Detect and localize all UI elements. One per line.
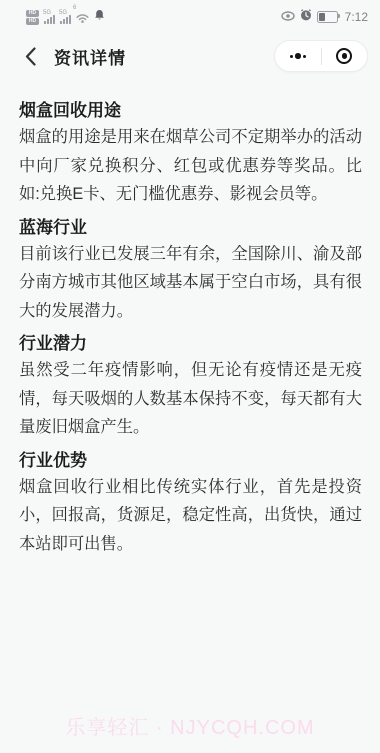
- article-section: 蓝海行业 目前该行业已发展三年有余，全国除川、渝及部分南方城市其他区域基本属于空…: [19, 217, 362, 326]
- nav-bar: 资讯详情: [0, 30, 380, 82]
- signal-5g-icon-sim2: 5G: [60, 11, 71, 24]
- section-body: 烟盒的用途是用来在烟草公司不定期举办的活动中向厂家兑换积分、红包或优惠券等奖品。…: [19, 123, 362, 209]
- clock-time: 7:12: [345, 10, 368, 24]
- miniprogram-capsule: [274, 40, 368, 72]
- section-heading: 蓝海行业: [19, 217, 362, 239]
- alarm-clock-icon: [300, 8, 312, 26]
- wifi-icon: 6: [76, 7, 89, 28]
- article-section: 烟盒回收用途 烟盒的用途是用来在烟草公司不定期举办的活动中向厂家兑换积分、红包或…: [19, 100, 362, 209]
- more-button[interactable]: [275, 41, 321, 71]
- section-body: 烟盒回收行业相比传统实体行业，首先是投资小，回报高，货源足，稳定性高，出货快，通…: [19, 473, 362, 559]
- article-section: 行业优势 烟盒回收行业相比传统实体行业，首先是投资小，回报高，货源足，稳定性高，…: [19, 450, 362, 559]
- more-dots-icon: [290, 53, 307, 59]
- page-title: 资讯详情: [54, 44, 126, 69]
- section-body: 目前该行业已发展三年有余，全国除川、渝及部分南方城市其他区域基本属于空白市场，具…: [19, 240, 362, 326]
- hd-volte-icons: HD HD: [26, 10, 39, 25]
- hd-volte-icon-2: HD: [26, 18, 39, 25]
- close-button[interactable]: [322, 41, 368, 71]
- status-bar: HD HD 5G 5G 6: [0, 0, 380, 30]
- status-right-icons: 7:12: [281, 8, 368, 26]
- section-heading: 行业潜力: [19, 333, 362, 355]
- signal-5g-icon-sim1: 5G: [44, 11, 55, 24]
- back-button[interactable]: [16, 42, 44, 70]
- miniprogram-page: HD HD 5G 5G 6: [0, 0, 380, 753]
- chevron-left-icon: [25, 47, 36, 66]
- battery-icon: [317, 11, 338, 23]
- section-heading: 烟盒回收用途: [19, 100, 362, 122]
- eye-comfort-icon: [281, 8, 295, 26]
- section-body: 虽然受二年疫情影响，但无论有疫情还是无疫情，每天吸烟的人数基本保持不变，每天都有…: [19, 356, 362, 442]
- hd-volte-icon-1: HD: [26, 10, 39, 17]
- mute-bell-icon: [94, 8, 105, 26]
- site-watermark: 乐享轻汇 · NJYCQH.COM: [0, 711, 380, 740]
- target-circle-icon: [336, 48, 352, 64]
- section-heading: 行业优势: [19, 450, 362, 472]
- status-left-icons: HD HD 5G 5G 6: [26, 7, 105, 28]
- article-section: 行业潜力 虽然受二年疫情影响，但无论有疫情还是无疫情，每天吸烟的人数基本保持不变…: [19, 333, 362, 442]
- article-content: 烟盒回收用途 烟盒的用途是用来在烟草公司不定期举办的活动中向厂家兑换积分、红包或…: [0, 82, 380, 566]
